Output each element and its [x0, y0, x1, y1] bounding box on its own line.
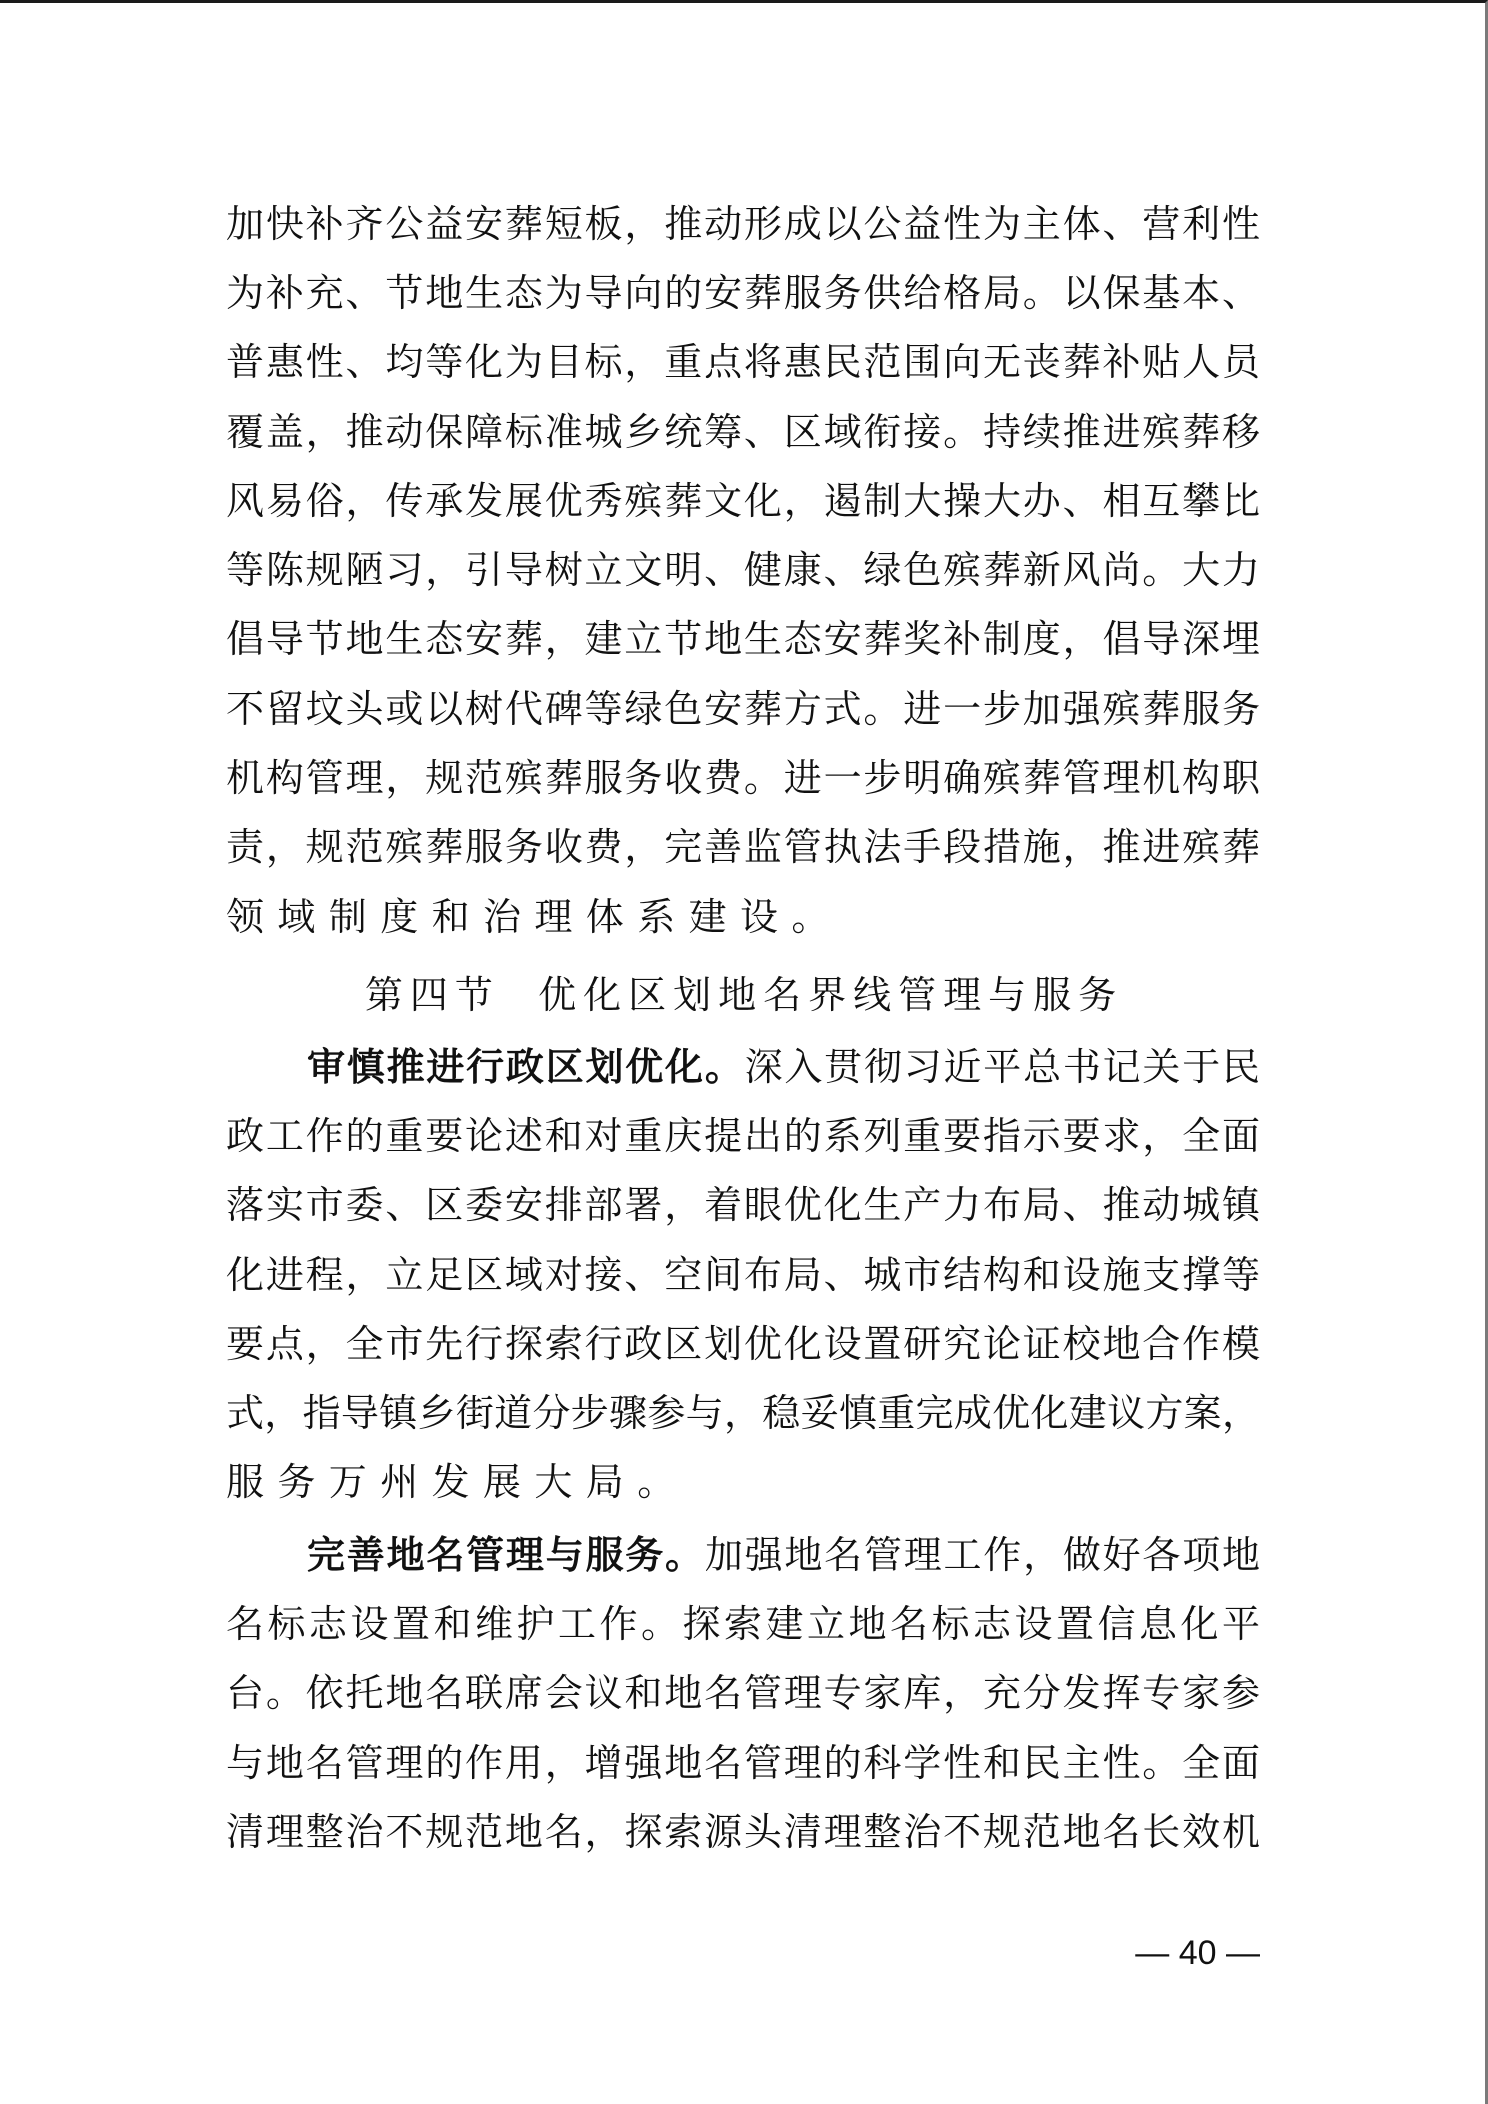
paragraph-2-line-5: 要点，全市先行探索行政区划优化设置研究论证校地合作模 [226, 1319, 1260, 1369]
paragraph-3-line-2: 名标志设置和维护工作。探索建立地名标志设置信息化平 [226, 1599, 1260, 1649]
paragraph-1-line-2: 为补充、节地生态为导向的安葬服务供给格局。以保基本、 [226, 268, 1260, 318]
paragraph-1-line-6: 等陈规陋习，引导树立文明、健康、绿色殡葬新风尚。大力 [226, 545, 1260, 595]
paragraph-2-first-line-rest: 深入贯彻习近平总书记关于民 [745, 1045, 1260, 1089]
paragraph-2-line-3: 落实市委、区委安排部署，着眼优化生产力布局、推动城镇 [226, 1180, 1260, 1230]
paragraph-1-line-5: 风易俗，传承发展优秀殡葬文化，遏制大操大办、相互攀比 [226, 476, 1260, 526]
section-heading: 第四节 优化区划地名界线管理与服务 [0, 970, 1488, 1020]
paragraph-1-line-1: 加快补齐公益安葬短板，推动形成以公益性为主体、营利性 [226, 199, 1260, 249]
paragraph-1-line-7: 倡导节地生态安葬，建立节地生态安葬奖补制度，倡导深埋 [226, 614, 1260, 664]
document-page: 加快补齐公益安葬短板，推动形成以公益性为主体、营利性 为补充、节地生态为导向的安… [0, 0, 1488, 2104]
paragraph-3-lead: 完善地名管理与服务。 [307, 1533, 705, 1577]
paragraph-2-line-6: 式，指导镇乡街道分步骤参与，稳妥慎重完成优化建议方案， [226, 1388, 1260, 1438]
paragraph-2-line-4: 化进程，立足区域对接、空间布局、城市结构和设施支撑等 [226, 1250, 1260, 1300]
paragraph-2-line-2: 政工作的重要论述和对重庆提出的系列重要指示要求，全面 [226, 1111, 1260, 1161]
paragraph-1-line-4: 覆盖，推动保障标准城乡统筹、区域衔接。持续推进殡葬移 [226, 407, 1260, 457]
page-number: — 40 — [1100, 1925, 1260, 1981]
paragraph-1-line-8: 不留坟头或以树代碑等绿色安葬方式。进一步加强殡葬服务 [226, 684, 1260, 734]
paragraph-2-line-1: 审慎推进行政区划优化。深入贯彻习近平总书记关于民 [307, 1042, 1260, 1092]
paragraph-3-line-5: 清理整治不规范地名，探索源头清理整治不规范地名长效机 [226, 1807, 1260, 1857]
paragraph-3-line-1: 完善地名管理与服务。加强地名管理工作，做好各项地 [307, 1530, 1260, 1580]
paragraph-3-line-4: 与地名管理的作用，增强地名管理的科学性和民主性。全面 [226, 1738, 1260, 1788]
paragraph-2-line-7: 服务万州发展大局。 [226, 1457, 1260, 1507]
paragraph-3-line-3: 台。依托地名联席会议和地名管理专家库，充分发挥专家参 [226, 1668, 1260, 1718]
paragraph-1-line-3: 普惠性、均等化为目标，重点将惠民范围向无丧葬补贴人员 [226, 337, 1260, 387]
paragraph-1-line-11: 领域制度和治理体系建设。 [226, 892, 1260, 942]
paragraph-1-line-9: 机构管理，规范殡葬服务收费。进一步明确殡葬管理机构职 [226, 753, 1260, 803]
paragraph-2-lead: 审慎推进行政区划优化。 [307, 1045, 745, 1089]
paragraph-3-first-line-rest: 加强地名管理工作，做好各项地 [705, 1533, 1260, 1577]
paragraph-1-line-10: 责，规范殡葬服务收费，完善监管执法手段措施，推进殡葬 [226, 822, 1260, 872]
